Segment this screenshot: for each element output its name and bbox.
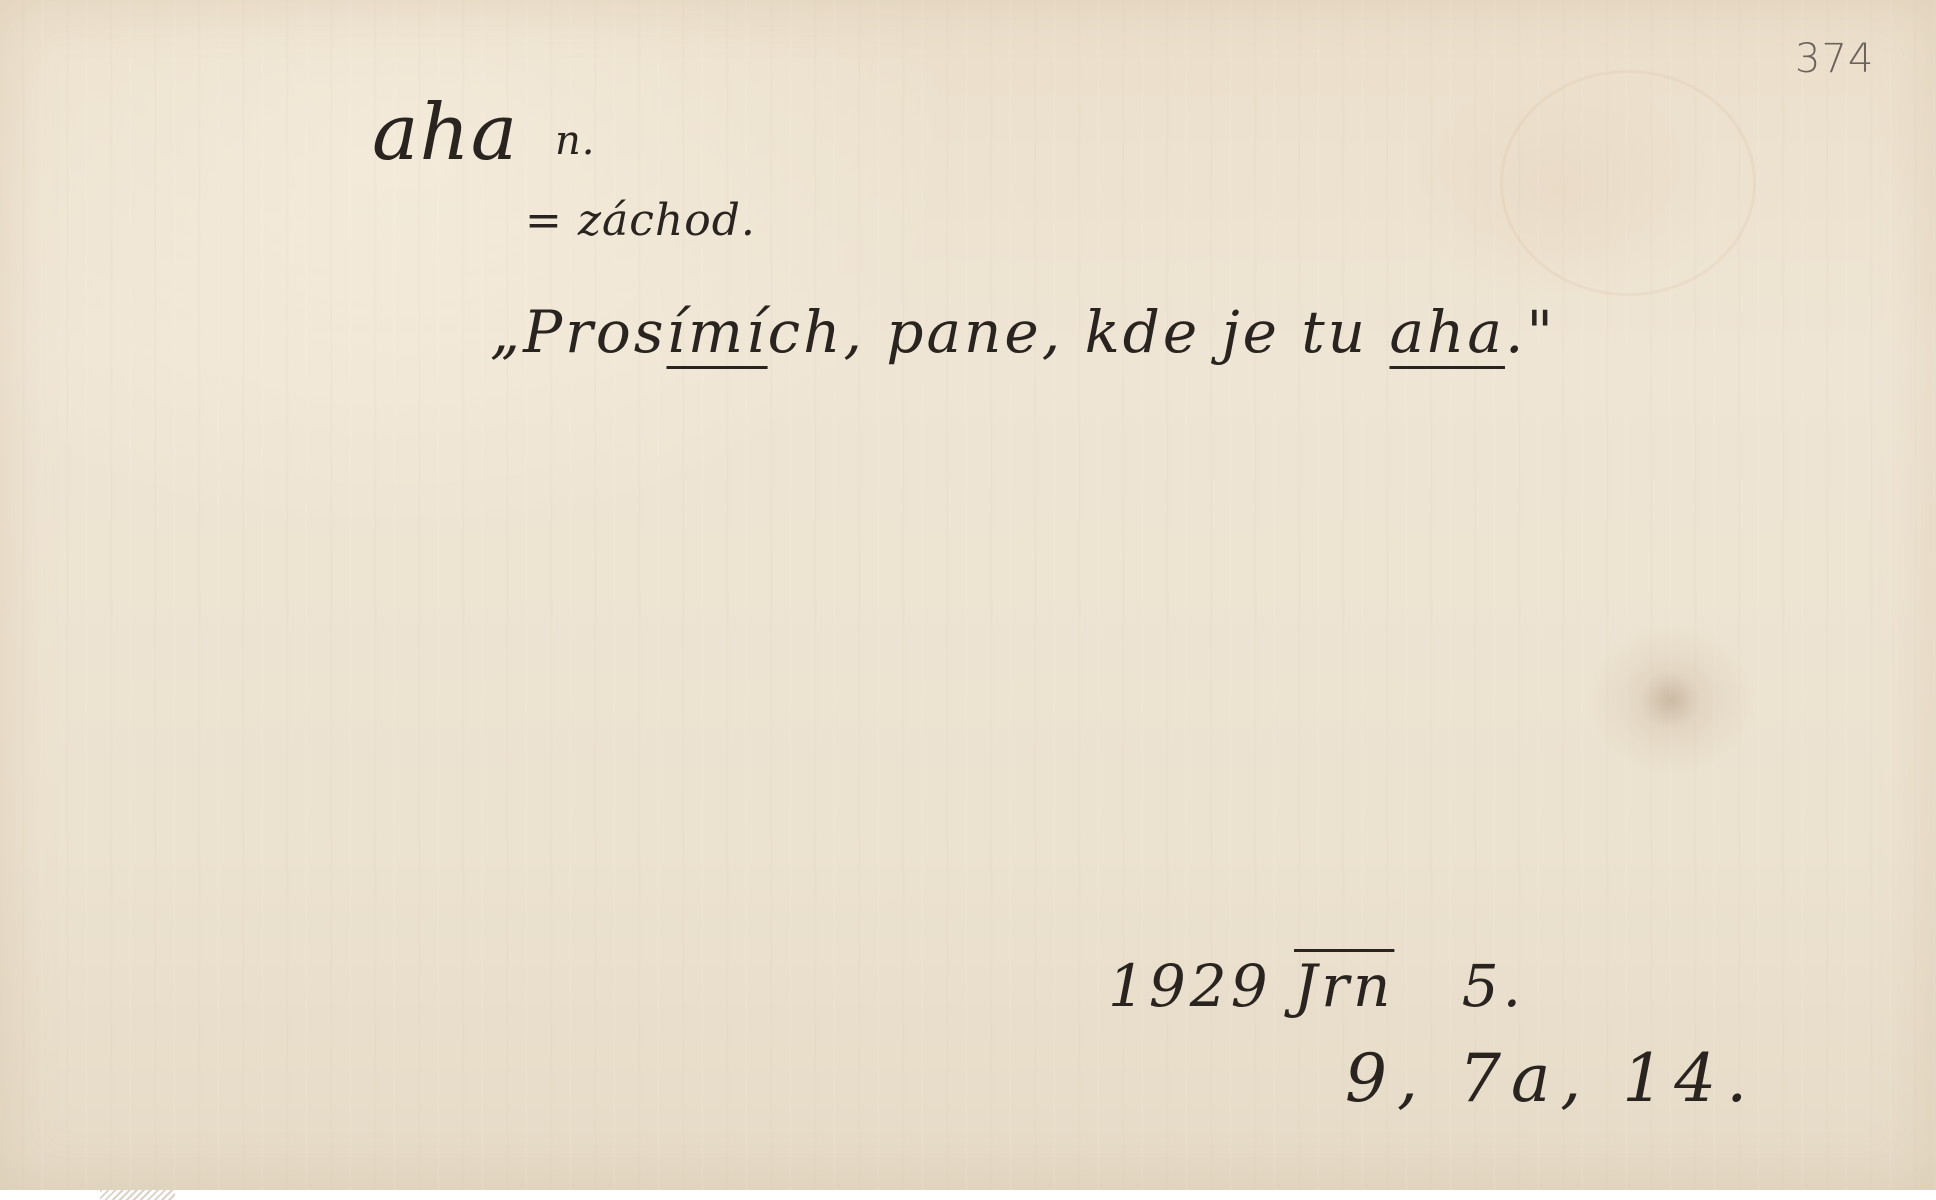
example-sentence: „Prosímích, pane, kde je tu aha.": [490, 298, 1556, 366]
example-part-underlined: aha: [1389, 298, 1505, 366]
spot-stain: [1640, 670, 1700, 730]
open-quote: „: [490, 298, 523, 366]
example-part: Pros: [523, 298, 666, 366]
scan-edge-hatch: [100, 1190, 175, 1200]
source-references: 9, 7a, 14.: [1345, 1040, 1757, 1117]
source-abbreviation: Jrn: [1294, 952, 1394, 1020]
example-part: ch, pane, kde je tu: [768, 298, 1390, 366]
source-citation: 1929 Jrn 5.: [1108, 952, 1525, 1020]
ring-stain: [1500, 70, 1756, 296]
headword: aha: [372, 88, 518, 178]
grammar-label: n.: [555, 118, 595, 164]
source-issue: 5.: [1462, 952, 1525, 1020]
scan-edge: [0, 1190, 1936, 1200]
definition: = záchod.: [525, 195, 756, 246]
example-part-underlined: ímí: [667, 298, 768, 366]
index-card: 374 aha n. = záchod. „Prosímích, pane, k…: [0, 0, 1936, 1190]
source-year: 1929: [1108, 952, 1272, 1020]
close-quote: ": [1526, 298, 1556, 366]
page-number: 374: [1795, 36, 1874, 82]
example-part: .: [1505, 298, 1526, 366]
